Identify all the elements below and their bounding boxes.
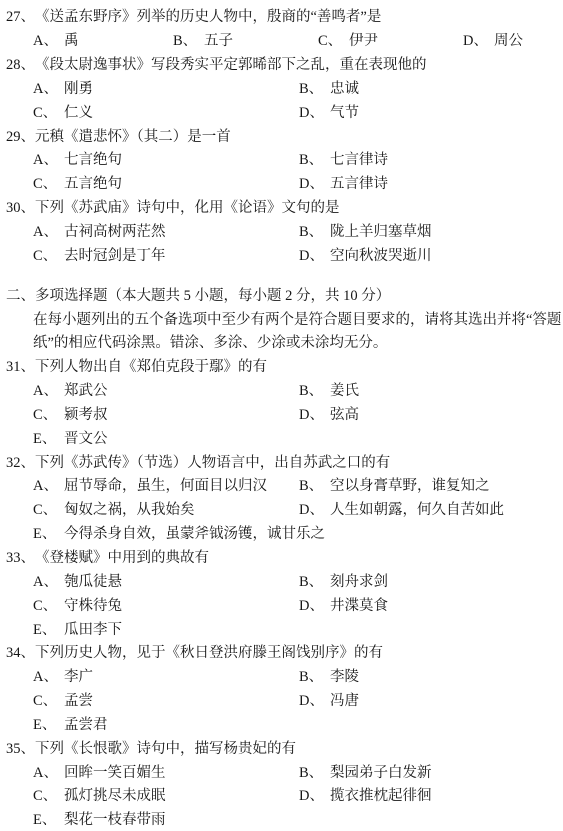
option-text: 井渫莫食	[330, 594, 388, 615]
question-stem: 《登楼赋》中用到的典故有	[35, 546, 563, 567]
option-label: D、	[299, 594, 330, 615]
option-text: 刻舟求剑	[330, 570, 388, 591]
question-stem: 下列《苏武庙》诗句中，化用《论语》文句的是	[35, 196, 563, 217]
question-stem: 下列《长恨歌》诗句中，描写杨贵妃的有	[35, 737, 563, 758]
option-text: 刚勇	[64, 77, 93, 98]
question-34-stem-row: 34、 下列历史人物，见于《秋日登洪府滕王阁饯别序》的有	[6, 640, 563, 664]
question-33-options-row: A、匏瓜徒悬 B、刻舟求剑	[6, 568, 563, 592]
option-text: 七言绝句	[64, 148, 122, 169]
option-34-c: C、孟尝	[33, 689, 299, 710]
option-text: 周公	[494, 29, 523, 50]
question-27-stem-row: 27、 《送孟东野序》列举的历史人物中，殷商的“善鸣者”是	[6, 4, 563, 28]
option-35-c: C、孤灯挑尽未成眠	[33, 784, 299, 805]
question-number: 33、	[6, 546, 35, 567]
question-stem: 下列《苏武传》（节选）人物语言中，出自苏武之口的有	[35, 451, 563, 472]
option-29-c: C、五言绝句	[33, 172, 299, 193]
option-label: A、	[33, 220, 64, 241]
option-label: D、	[299, 784, 330, 805]
option-text: 揽衣推枕起徘徊	[330, 784, 432, 805]
option-34-d: D、冯唐	[299, 689, 359, 710]
question-28-options-row: C、仁义 D、气节	[6, 99, 563, 123]
option-text: 七言律诗	[330, 148, 388, 169]
option-33-b: B、刻舟求剑	[299, 570, 388, 591]
option-text: 孤灯挑尽未成眠	[64, 784, 166, 805]
question-number: 35、	[6, 737, 35, 758]
question-32-options-row: E、今得杀身自效，虽蒙斧钺汤镬，诚甘乐之	[6, 521, 563, 545]
option-label: E、	[33, 427, 64, 448]
question-29-options-row: A、七言绝句 B、七言律诗	[6, 147, 563, 171]
option-label: E、	[33, 618, 64, 639]
question-29-stem-row: 29、 元稹《遣悲怀》（其二）是一首	[6, 123, 563, 147]
option-label: D、	[463, 29, 494, 50]
option-35-e: E、梨花一枝春带雨	[33, 808, 166, 829]
question-number: 30、	[6, 196, 35, 217]
option-text: 忠诚	[330, 77, 359, 98]
instructions-text: 在每小题列出的五个备选项中至少有两个是符合题目要求的，请将其选出并将“答题	[33, 308, 561, 329]
option-35-d: D、揽衣推枕起徘徊	[299, 784, 432, 805]
section-two-header: 二、 多项选择题（本大题共 5 小题，每小题 2 分，共 10 分）	[6, 282, 563, 306]
option-label: C、	[318, 29, 349, 50]
option-label: A、	[33, 77, 64, 98]
section-number: 二、	[6, 284, 35, 305]
section-title: 多项选择题（本大题共 5 小题，每小题 2 分，共 10 分）	[35, 284, 390, 305]
option-33-c: C、守株待兔	[33, 594, 299, 615]
option-28-d: D、气节	[299, 101, 359, 122]
option-label: D、	[299, 244, 330, 265]
option-label: A、	[33, 474, 64, 495]
option-30-b: B、陇上羊归塞草烟	[299, 220, 432, 241]
question-number: 32、	[6, 451, 35, 472]
question-number: 29、	[6, 125, 35, 146]
option-text: 五言绝句	[64, 172, 122, 193]
question-31-stem-row: 31、 下列人物出自《郑伯克段于鄢》的有	[6, 354, 563, 378]
option-33-d: D、井渫莫食	[299, 594, 388, 615]
option-29-b: B、七言律诗	[299, 148, 388, 169]
option-30-d: D、空向秋波哭逝川	[299, 244, 432, 265]
option-text: 梨园弟子白发新	[330, 761, 432, 782]
option-label: A、	[33, 570, 64, 591]
question-30-options-row: C、去时冠剑是丁年 D、空向秋波哭逝川	[6, 242, 563, 266]
option-label: B、	[299, 220, 330, 241]
option-label: D、	[299, 172, 330, 193]
option-label: A、	[33, 379, 64, 400]
option-label: C、	[33, 498, 64, 519]
option-28-b: B、忠诚	[299, 77, 359, 98]
option-label: E、	[33, 713, 64, 734]
option-27-c: C、伊尹	[318, 29, 463, 50]
option-35-a: A、回眸一笑百媚生	[33, 761, 299, 782]
question-stem: 《送孟东野序》列举的历史人物中，殷商的“善鸣者”是	[35, 5, 563, 26]
section-instructions-line2: 纸”的相应代码涂黑。错涂、多涂、少涂或未涂均无分。	[6, 330, 563, 354]
option-text: 空向秋波哭逝川	[330, 244, 432, 265]
option-text: 仁义	[64, 101, 93, 122]
question-28-stem-row: 28、 《段太尉逸事状》写段秀实平定郭晞部下之乱，重在表现他的	[6, 52, 563, 76]
option-text: 今得杀身自效，虽蒙斧钺汤镬，诚甘乐之	[64, 522, 325, 543]
question-30-options-row: A、古祠高树两茫然 B、陇上羊归塞草烟	[6, 219, 563, 243]
option-28-c: C、仁义	[33, 101, 299, 122]
option-32-e: E、今得杀身自效，虽蒙斧钺汤镬，诚甘乐之	[33, 522, 325, 543]
option-text: 姜氏	[330, 379, 359, 400]
question-32-options-row: A、屈节辱命，虽生，何面目以归汉 B、空以身膏草野，谁复知之	[6, 473, 563, 497]
option-text: 古祠高树两茫然	[64, 220, 166, 241]
question-35-options-row: A、回眸一笑百媚生 B、梨园弟子白发新	[6, 759, 563, 783]
question-28-options-row: A、刚勇 B、忠诚	[6, 76, 563, 100]
option-27-a: A、禹	[33, 29, 173, 50]
option-text: 守株待兔	[64, 594, 122, 615]
option-31-a: A、郑武公	[33, 379, 299, 400]
option-text: 梨花一枝春带雨	[64, 808, 166, 829]
option-label: E、	[33, 522, 64, 543]
option-label: B、	[299, 379, 330, 400]
option-label: B、	[173, 29, 204, 50]
question-35-options-row: E、梨花一枝春带雨	[6, 807, 563, 831]
option-label: C、	[33, 172, 64, 193]
question-number: 27、	[6, 5, 35, 26]
question-number: 31、	[6, 355, 35, 376]
question-stem: 元稹《遣悲怀》（其二）是一首	[35, 125, 563, 146]
option-31-c: C、颍考叔	[33, 403, 299, 424]
option-label: A、	[33, 761, 64, 782]
option-27-b: B、五子	[173, 29, 318, 50]
option-35-b: B、梨园弟子白发新	[299, 761, 432, 782]
option-31-e: E、晋文公	[33, 427, 108, 448]
option-text: 孟尝君	[64, 713, 108, 734]
question-27-options-row: A、禹 B、五子 C、伊尹 D、周公	[6, 28, 563, 52]
question-32-options-row: C、匈奴之祸，从我始矣 D、人生如朝露，何久自苦如此	[6, 497, 563, 521]
question-number: 34、	[6, 641, 35, 662]
question-33-stem-row: 33、 《登楼赋》中用到的典故有	[6, 545, 563, 569]
exam-page: { "document": { "background": "#ffffff",…	[0, 0, 563, 831]
question-number: 28、	[6, 53, 35, 74]
option-34-e: E、孟尝君	[33, 713, 108, 734]
option-label: B、	[299, 570, 330, 591]
option-29-d: D、五言律诗	[299, 172, 388, 193]
option-text: 匏瓜徒悬	[64, 570, 122, 591]
option-text: 弦高	[330, 403, 359, 424]
option-text: 冯唐	[330, 689, 359, 710]
option-label: B、	[299, 665, 330, 686]
section-instructions-line1: 在每小题列出的五个备选项中至少有两个是符合题目要求的，请将其选出并将“答题	[6, 306, 563, 330]
option-label: D、	[299, 498, 330, 519]
option-text: 去时冠剑是丁年	[64, 244, 166, 265]
option-label: D、	[299, 101, 330, 122]
option-text: 回眸一笑百媚生	[64, 761, 166, 782]
question-33-options-row: C、守株待兔 D、井渫莫食	[6, 592, 563, 616]
question-stem: 《段太尉逸事状》写段秀实平定郭晞部下之乱，重在表现他的	[35, 53, 563, 74]
option-label: B、	[299, 77, 330, 98]
option-label: A、	[33, 148, 64, 169]
question-35-options-row: C、孤灯挑尽未成眠 D、揽衣推枕起徘徊	[6, 783, 563, 807]
option-33-a: A、匏瓜徒悬	[33, 570, 299, 591]
option-text: 李陵	[330, 665, 359, 686]
option-28-a: A、刚勇	[33, 77, 299, 98]
option-label: A、	[33, 29, 64, 50]
option-31-d: D、弦高	[299, 403, 359, 424]
option-label: C、	[33, 403, 64, 424]
option-32-c: C、匈奴之祸，从我始矣	[33, 498, 299, 519]
option-text: 晋文公	[64, 427, 108, 448]
option-27-d: D、周公	[463, 29, 523, 50]
option-label: A、	[33, 665, 64, 686]
option-label: C、	[33, 101, 64, 122]
option-label: B、	[299, 761, 330, 782]
question-31-options-row: C、颍考叔 D、弦高	[6, 402, 563, 426]
option-text: 伊尹	[349, 29, 378, 50]
option-32-a: A、屈节辱命，虽生，何面目以归汉	[33, 474, 299, 495]
question-29-options-row: C、五言绝句 D、五言律诗	[6, 171, 563, 195]
option-29-a: A、七言绝句	[33, 148, 299, 169]
option-text: 人生如朝露，何久自苦如此	[330, 498, 504, 519]
option-34-a: A、李广	[33, 665, 299, 686]
option-label: C、	[33, 784, 64, 805]
option-text: 孟尝	[64, 689, 93, 710]
question-32-stem-row: 32、 下列《苏武传》（节选）人物语言中，出自苏武之口的有	[6, 449, 563, 473]
question-31-options-row: E、晋文公	[6, 425, 563, 449]
option-text: 颍考叔	[64, 403, 108, 424]
question-33-options-row: E、瓜田李下	[6, 616, 563, 640]
option-label: C、	[33, 689, 64, 710]
option-text: 屈节辱命，虽生，何面目以归汉	[64, 474, 267, 495]
option-label: B、	[299, 148, 330, 169]
option-label: C、	[33, 244, 64, 265]
section-gap	[6, 266, 563, 282]
question-35-stem-row: 35、 下列《长恨歌》诗句中，描写杨贵妃的有	[6, 735, 563, 759]
option-30-c: C、去时冠剑是丁年	[33, 244, 299, 265]
question-34-options-row: A、李广 B、李陵	[6, 664, 563, 688]
option-32-d: D、人生如朝露，何久自苦如此	[299, 498, 504, 519]
question-stem: 下列人物出自《郑伯克段于鄢》的有	[35, 355, 563, 376]
option-label: E、	[33, 808, 64, 829]
option-30-a: A、古祠高树两茫然	[33, 220, 299, 241]
option-32-b: B、空以身膏草野，谁复知之	[299, 474, 490, 495]
instructions-text: 纸”的相应代码涂黑。错涂、多涂、少涂或未涂均无分。	[33, 331, 387, 352]
option-text: 禹	[64, 29, 79, 50]
option-33-e: E、瓜田李下	[33, 618, 122, 639]
option-label: B、	[299, 474, 330, 495]
question-34-options-row: E、孟尝君	[6, 711, 563, 735]
question-30-stem-row: 30、 下列《苏武庙》诗句中，化用《论语》文句的是	[6, 195, 563, 219]
option-text: 郑武公	[64, 379, 108, 400]
option-label: D、	[299, 403, 330, 424]
option-31-b: B、姜氏	[299, 379, 359, 400]
option-text: 空以身膏草野，谁复知之	[330, 474, 490, 495]
option-text: 匈奴之祸，从我始矣	[64, 498, 195, 519]
option-text: 五子	[204, 29, 233, 50]
option-label: D、	[299, 689, 330, 710]
option-34-b: B、李陵	[299, 665, 359, 686]
question-31-options-row: A、郑武公 B、姜氏	[6, 378, 563, 402]
option-text: 五言律诗	[330, 172, 388, 193]
question-34-options-row: C、孟尝 D、冯唐	[6, 688, 563, 712]
option-text: 陇上羊归塞草烟	[330, 220, 432, 241]
option-text: 李广	[64, 665, 93, 686]
option-label: C、	[33, 594, 64, 615]
option-text: 气节	[330, 101, 359, 122]
option-text: 瓜田李下	[64, 618, 122, 639]
question-stem: 下列历史人物，见于《秋日登洪府滕王阁饯别序》的有	[35, 641, 563, 662]
